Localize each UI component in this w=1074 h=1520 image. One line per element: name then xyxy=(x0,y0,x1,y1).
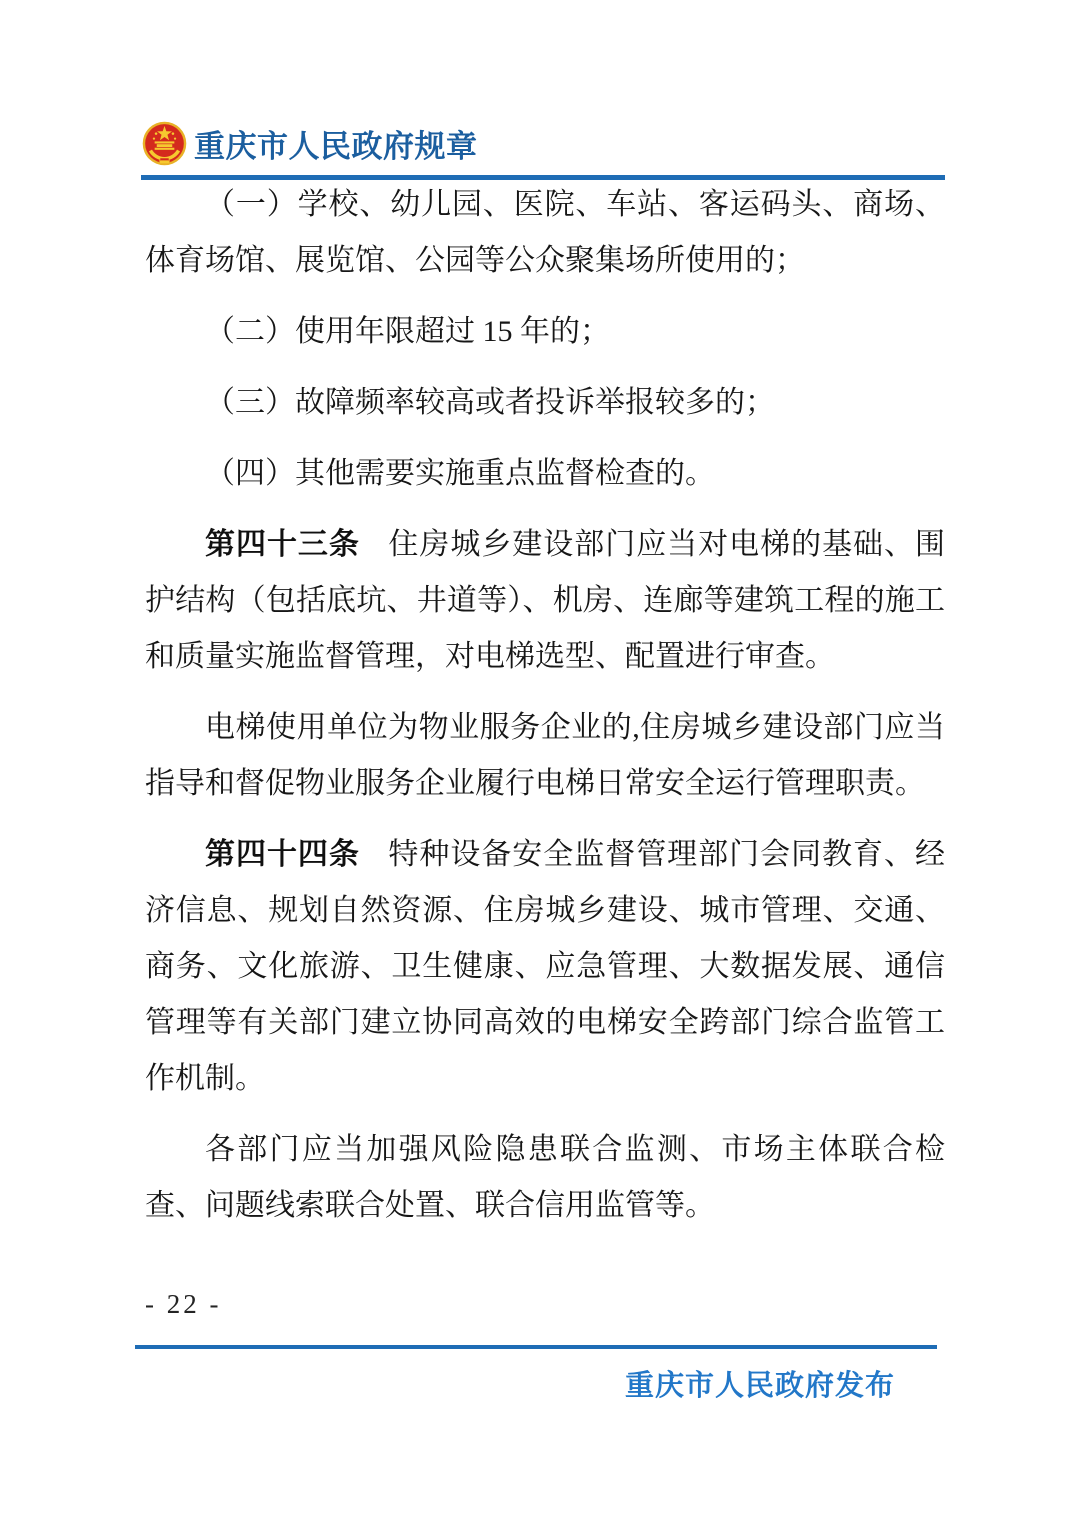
article-43-paragraph-2: 电梯使用单位为物业服务企业的,住房城乡建设部门应当指导和督促物业服务企业履行电梯… xyxy=(145,700,945,812)
paragraph-text: 特种设备安全监督管理部门会同教育、经济信息、规划自然资源、住房城乡建设、城市管理… xyxy=(145,838,945,1095)
article-number: 第四十三条 xyxy=(205,528,360,561)
paragraph-text: 电梯使用单位为物业服务企业的,住房城乡建设部门应当指导和督促物业服务企业履行电梯… xyxy=(145,711,945,800)
page-title: 重庆市人民政府规章 xyxy=(194,121,478,166)
article-43-paragraph: 第四十三条住房城乡建设部门应当对电梯的基础、围护结构（包括底坑、井道等）、机房、… xyxy=(145,517,945,685)
paragraph-text: 各部门应当加强风险隐患联合监测、市场主体联合检查、问题线索联合处置、联合信用监管… xyxy=(145,1133,945,1222)
article-44-paragraph-2: 各部门应当加强风险隐患联合监测、市场主体联合检查、问题线索联合处置、联合信用监管… xyxy=(145,1122,945,1234)
clause-item-3: （三）故障频率较高或者投诉举报较多的； xyxy=(145,375,945,431)
article-number: 第四十四条 xyxy=(205,838,360,871)
footer-divider xyxy=(135,1345,937,1349)
china-national-emblem-icon xyxy=(142,120,187,167)
article-44-paragraph: 第四十四条特种设备安全监督管理部门会同教育、经济信息、规划自然资源、住房城乡建设… xyxy=(145,827,945,1107)
publisher-label: 重庆市人民政府发布 xyxy=(135,1363,895,1404)
document-page: 重庆市人民政府规章 （一）学校、幼儿园、医院、车站、客运码头、商场、体育场馆、展… xyxy=(0,0,1074,1520)
paragraph-text: （四）其他需要实施重点监督检查的。 xyxy=(205,457,715,490)
clause-item-1: （一）学校、幼儿园、医院、车站、客运码头、商场、体育场馆、展览馆、公园等公众聚集… xyxy=(145,177,945,289)
paragraph-text: （三）故障频率较高或者投诉举报较多的； xyxy=(205,386,775,419)
paragraph-text: （二）使用年限超过 15 年的； xyxy=(205,315,610,348)
page-header: 重庆市人民政府规章 xyxy=(142,118,478,168)
clause-item-2: （二）使用年限超过 15 年的； xyxy=(145,304,945,360)
page-number: - 22 - xyxy=(145,1289,221,1320)
clause-item-4: （四）其他需要实施重点监督检查的。 xyxy=(145,446,945,502)
document-body: （一）学校、幼儿园、医院、车站、客运码头、商场、体育场馆、展览馆、公园等公众聚集… xyxy=(145,177,945,1249)
paragraph-text: （一）学校、幼儿园、医院、车站、客运码头、商场、体育场馆、展览馆、公园等公众聚集… xyxy=(145,188,945,277)
